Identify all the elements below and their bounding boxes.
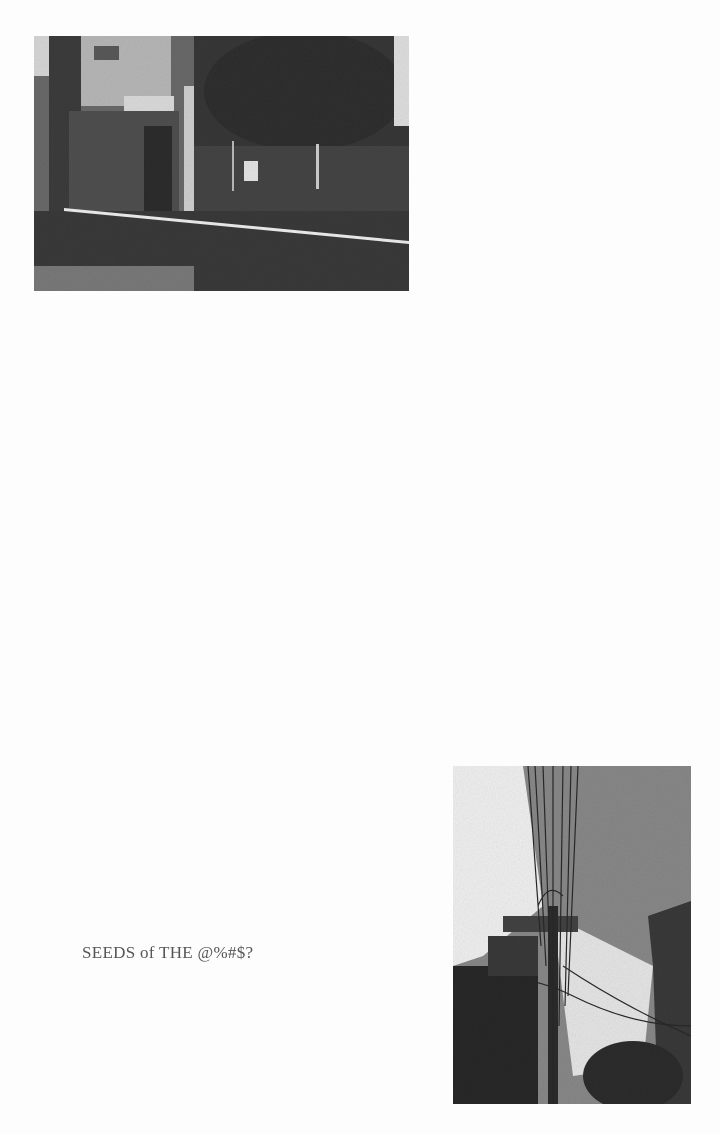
caption: SEEDS of THE @%#$? — [82, 943, 253, 963]
power-lines-photo — [453, 766, 691, 1104]
street-building-photo — [34, 36, 409, 291]
